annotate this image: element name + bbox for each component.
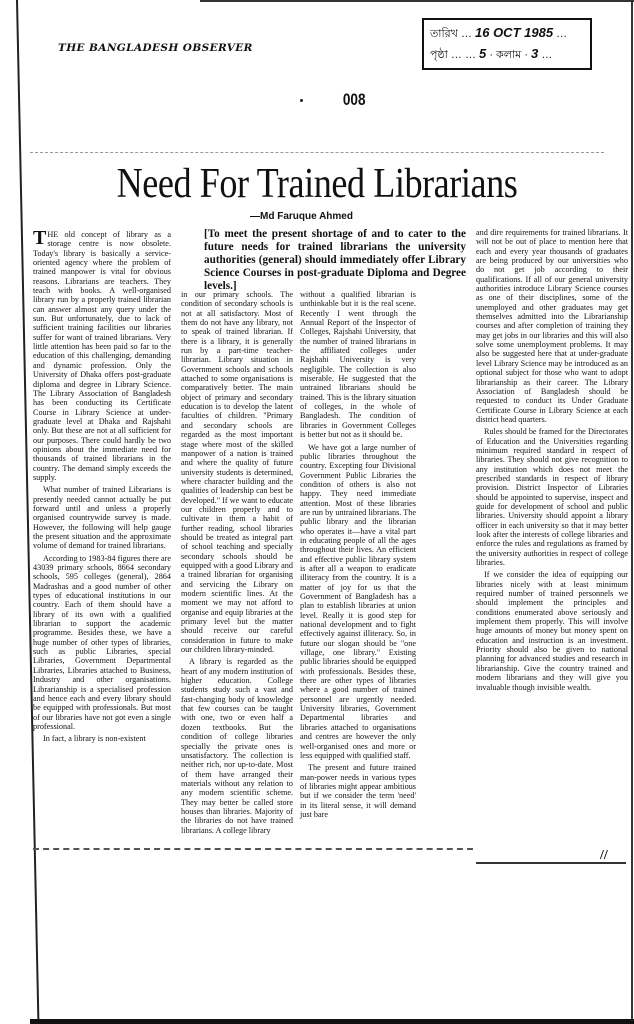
article-end-mark: // [600,848,608,864]
paragraph: and dire requirements for trained librar… [476,228,628,424]
clipping-right-edge [631,0,633,1024]
article-headline: Need For Trained Librarians [44,160,589,208]
article-column-1: THE old concept of library as a storage … [33,230,171,747]
newspaper-masthead: THE BANGLADESH OBSERVER [58,42,253,54]
paragraph: According to 1983-84 figures there are 4… [33,554,171,732]
page-number: 008 [343,90,366,110]
stamp-page-label: পৃষ্ঠা [430,49,448,61]
stamp-column-label: কলাম [496,49,521,61]
stamp-date-row: তারিখ … 16 OCT 1985 … [430,23,584,44]
stamp-date-value: 16 OCT 1985 [475,25,553,40]
paragraph: In fact, a library is non-existent [33,734,171,743]
paragraph: What number of trained Librarians is pre… [33,485,171,550]
article-column-4: and dire requirements for trained librar… [476,228,628,695]
paragraph: We have got a large number of public lib… [300,443,416,761]
article-deck: [To meet the present shortage of and to … [204,228,466,293]
paragraph: THE old concept of library as a storage … [33,230,171,482]
top-border-line [200,0,634,2]
stamp-date-label: তারিখ [430,28,458,40]
article-column-3: without a qualified librarian is unthink… [300,290,416,822]
stamp-column-value: 3 [531,46,538,61]
stamp-page-value: 5 [479,46,486,61]
paragraph: If we consider the idea of equipping our… [476,570,628,691]
paragraph: in our primary schools. The condition of… [181,290,293,654]
stamp-page-row: পৃষ্ঠা … … 5 · কলাম · 3 … [430,44,584,65]
article-column-2: in our primary schools. The condition of… [181,290,293,838]
article-byline: —Md Faruque Ahmed [250,211,353,222]
scan-speck [300,99,303,102]
drop-cap: T [33,230,46,246]
archive-date-stamp: তারিখ … 16 OCT 1985 … পৃষ্ঠা … … 5 · কলা… [422,18,592,70]
paragraph: A library is regarded as the heart of an… [181,657,293,835]
headline-top-rule [30,152,604,153]
paragraph: Rules should be framed for the Directora… [476,427,628,567]
article-bottom-rule [33,848,473,850]
clipping-bottom-edge [30,1019,634,1024]
paragraph: The present and future trained man-power… [300,763,416,819]
paragraph: without a qualified librarian is unthink… [300,290,416,440]
